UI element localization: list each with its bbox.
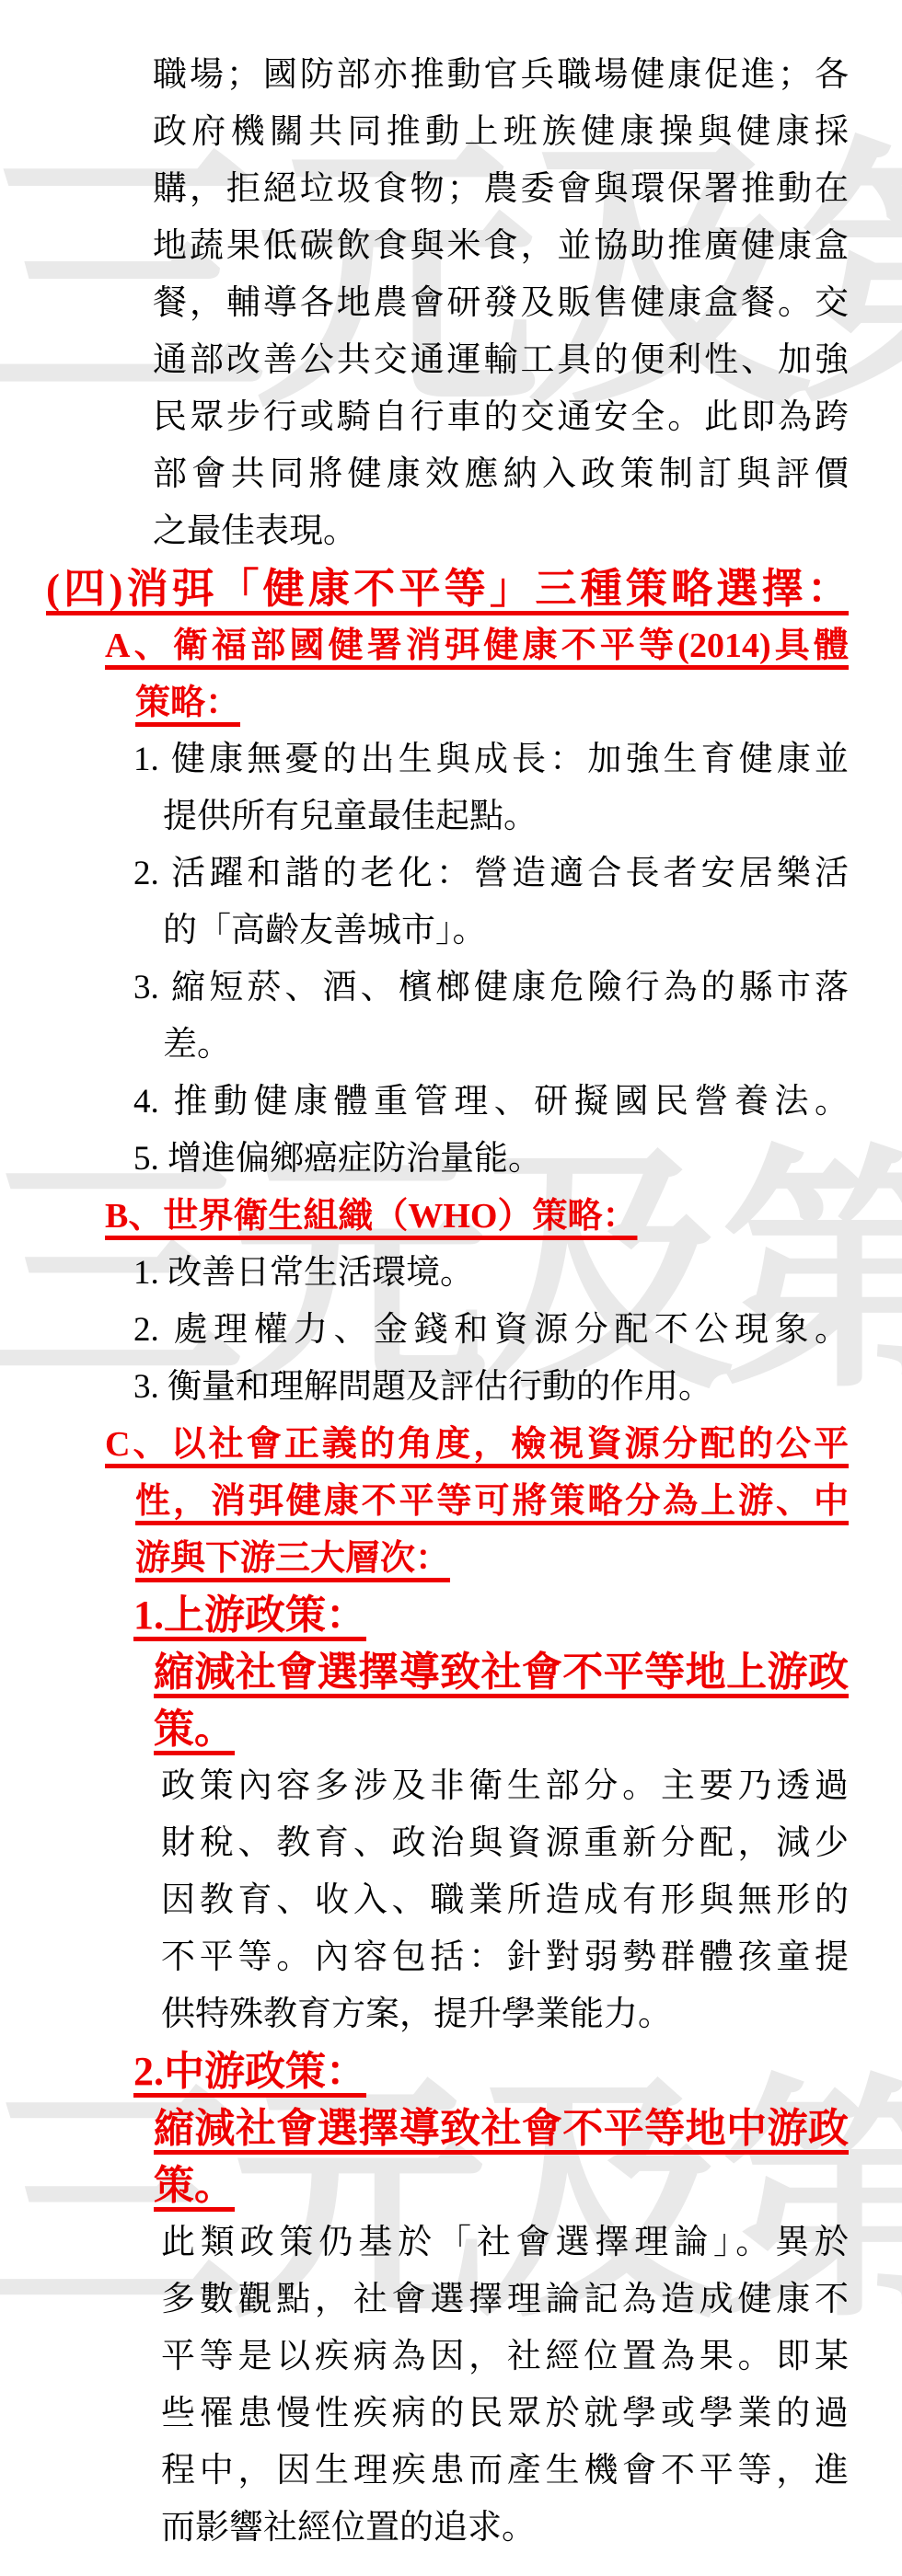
list-item-b1: 1. 改善日常生活環境。: [0, 1245, 902, 1302]
body-paragraph-line: 通部改善公共交通運輸工具的便利性、加強: [0, 332, 902, 389]
strategy-c-heading-continuation: 游與下游三大層次：: [0, 1530, 902, 1587]
body-paragraph-line: 之最佳表現。: [0, 503, 902, 560]
list-item-a2-continuation: 的「高齡友善城市」。: [0, 903, 902, 960]
upstream-policy-emphasis: 策。: [0, 1701, 902, 1758]
body-paragraph-line: 地蔬果低碳飲食與米食，並協助推廣健康盒: [0, 218, 902, 275]
strategy-c-heading: C、以社會正義的角度，檢視資源分配的公平: [0, 1416, 902, 1473]
strategy-a-heading: A、衛福部國健署消弭健康不平等(2014)具體: [0, 617, 902, 674]
document-page: 三元及第 三元及第 三元及第 職場；國防部亦推動官兵職場健康促進；各 政府機關共…: [0, 0, 902, 2576]
list-item-a1: 1. 健康無憂的出生與成長：加強生育健康並: [0, 731, 902, 788]
section-4-heading: (四)消弭「健康不平等」三種策略選擇：: [0, 560, 902, 617]
list-item-a5: 5. 增進偏鄉癌症防治量能。: [0, 1131, 902, 1188]
midstream-policy-heading: 2.中游政策：: [0, 2043, 902, 2100]
body-paragraph-line: 民眾步行或騎自行車的交通安全。此即為跨: [0, 389, 902, 446]
upstream-policy-paragraph-line: 政策內容多涉及非衛生部分。主要乃透過: [0, 1758, 902, 1815]
upstream-policy-paragraph-line: 不平等。內容包括：針對弱勢群體孩童提: [0, 1929, 902, 1986]
midstream-policy-paragraph-line: 平等是以疾病為因，社經位置為果。即某: [0, 2329, 902, 2386]
list-item-a4: 4. 推動健康體重管理、研擬國民營養法。: [0, 1074, 902, 1131]
strategy-c-heading-continuation: 性，消弭健康不平等可將策略分為上游、中: [0, 1473, 902, 1530]
list-item-a2: 2. 活躍和諧的老化：營造適合長者安居樂活: [0, 845, 902, 903]
upstream-policy-paragraph-line: 供特殊教育方案，提升學業能力。: [0, 1986, 902, 2043]
document-text: 職場；國防部亦推動官兵職場健康促進；各 政府機關共同推動上班族健康操與健康採 購…: [0, 47, 902, 2557]
upstream-policy-heading: 1.上游政策：: [0, 1587, 902, 1644]
strategy-b-heading: B、世界衛生組織（WHO）策略：: [0, 1188, 902, 1245]
midstream-policy-paragraph-line: 程中，因生理疾患而產生機會不平等，進: [0, 2443, 902, 2500]
list-item-b2: 2. 處理權力、金錢和資源分配不公現象。: [0, 1302, 902, 1359]
list-item-b3: 3. 衡量和理解問題及評估行動的作用。: [0, 1359, 902, 1416]
list-item-a3: 3. 縮短菸、酒、檳榔健康危險行為的縣市落: [0, 960, 902, 1017]
midstream-policy-emphasis: 縮減社會選擇導致社會不平等地中游政: [0, 2100, 902, 2157]
midstream-policy-paragraph-line: 而影響社經位置的追求。: [0, 2500, 902, 2557]
midstream-policy-emphasis: 策。: [0, 2157, 902, 2214]
body-paragraph-line: 購，拒絕垃圾食物；農委會與環保署推動在: [0, 161, 902, 218]
list-item-a1-continuation: 提供所有兒童最佳起點。: [0, 788, 902, 845]
body-paragraph-line: 餐，輔導各地農會研發及販售健康盒餐。交: [0, 275, 902, 332]
body-paragraph-line: 職場；國防部亦推動官兵職場健康促進；各: [0, 47, 902, 104]
body-paragraph-line: 政府機關共同推動上班族健康操與健康採: [0, 104, 902, 161]
midstream-policy-paragraph-line: 些罹患慢性疾病的民眾於就學或學業的過: [0, 2386, 902, 2443]
upstream-policy-paragraph-line: 因教育、收入、職業所造成有形與無形的: [0, 1872, 902, 1929]
midstream-policy-paragraph-line: 多數觀點，社會選擇理論記為造成健康不: [0, 2271, 902, 2329]
midstream-policy-paragraph-line: 此類政策仍基於「社會選擇理論」。異於: [0, 2214, 902, 2271]
upstream-policy-emphasis: 縮減社會選擇導致社會不平等地上游政: [0, 1644, 902, 1701]
body-paragraph-line: 部會共同將健康效應納入政策制訂與評價: [0, 446, 902, 503]
upstream-policy-paragraph-line: 財稅、教育、政治與資源重新分配，減少: [0, 1815, 902, 1872]
strategy-a-heading-continuation: 策略：: [0, 674, 902, 731]
list-item-a3-continuation: 差。: [0, 1017, 902, 1074]
